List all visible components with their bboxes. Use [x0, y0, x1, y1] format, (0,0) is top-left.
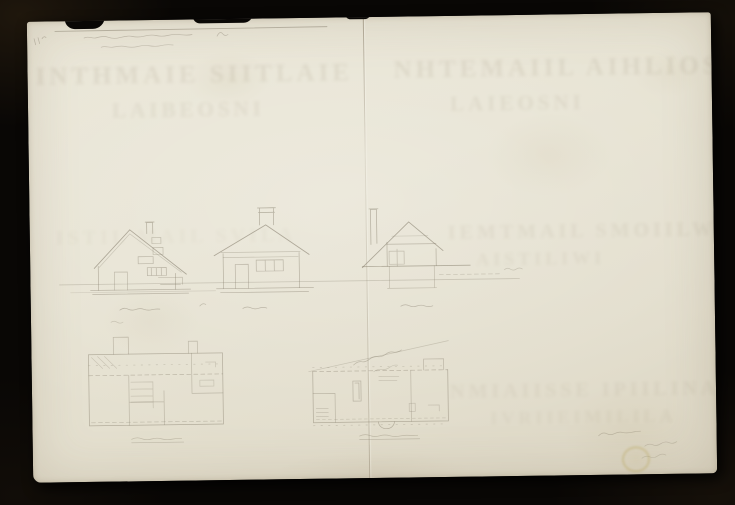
elev2-base — [217, 287, 314, 292]
paper-edge-notch — [345, 13, 371, 19]
plan1-label — [132, 437, 184, 443]
plan1-hatch — [91, 356, 116, 368]
plan2-annex — [424, 359, 444, 370]
elev2-eaves — [221, 252, 300, 258]
paper-edge-notch — [193, 14, 253, 24]
plan2-diag-note-1 — [353, 350, 401, 365]
plan1-porch-top-2 — [188, 341, 197, 353]
plan2-ticks-bottom — [313, 424, 448, 426]
elev1-walls — [98, 265, 175, 290]
plan2-room-marks — [409, 403, 439, 411]
plan2-outline — [313, 370, 449, 423]
elev3-floor — [362, 265, 470, 267]
elev3-interior — [389, 249, 404, 266]
ground-line-2 — [71, 291, 216, 293]
label-mid-mark — [200, 304, 206, 306]
plan1-stairs — [131, 382, 153, 408]
plan2-diagonal — [308, 341, 448, 372]
elev1-roof — [94, 229, 187, 275]
elev3-chimney — [369, 209, 378, 245]
elev3-roof — [362, 221, 444, 267]
plan1-wall-bottom — [91, 421, 221, 423]
elev2-walls — [223, 253, 299, 289]
plan1-ticks-top — [89, 364, 223, 366]
plan2-steps — [316, 408, 328, 416]
plan2-wall-inner-bottom — [316, 418, 445, 420]
elev2-chimney — [257, 208, 275, 225]
plan2-wall-top — [313, 370, 448, 372]
label-elev1 — [120, 308, 160, 311]
corner-number — [34, 37, 46, 45]
corner-note-1 — [599, 431, 641, 436]
elev1-window-1 — [138, 257, 153, 264]
elev3-walls — [387, 242, 436, 267]
label-elev1-sub — [111, 321, 123, 323]
plan1-wall-mid — [89, 374, 223, 376]
elev1-roof-inner — [99, 233, 182, 273]
plan2-bay — [378, 422, 394, 429]
elev3-datum-note — [504, 268, 522, 270]
elev1-porch — [114, 271, 182, 290]
elev2-door — [235, 264, 248, 288]
elev3-foundation — [387, 266, 436, 289]
pencil-sketch-svg — [27, 12, 717, 483]
title-line-1 — [84, 34, 192, 39]
plan1-porch-top — [113, 337, 128, 354]
elev1-chimney — [145, 222, 154, 234]
label-elev2 — [243, 307, 267, 309]
elev2-window — [256, 260, 283, 271]
plan2-beams — [379, 376, 399, 380]
plan2-partition — [313, 370, 412, 422]
corner-note-2 — [645, 442, 677, 446]
elev3-ceiling — [387, 244, 436, 245]
plan1-outline — [88, 353, 223, 426]
elev1-window-2 — [147, 267, 166, 275]
plan2-label — [360, 434, 420, 440]
elev2-roof — [214, 224, 309, 255]
title-line-2 — [101, 45, 173, 48]
ground-line — [59, 279, 519, 285]
elev3-datum-right — [439, 274, 500, 275]
drawing-sheet: INTHMAIE SIITLAIELAIBEOSNINHTEMAIIL AIHL… — [27, 12, 717, 483]
label-elev3 — [401, 304, 433, 307]
title-line-1b — [217, 32, 228, 36]
plan2-chimney-block — [353, 381, 361, 401]
elev3-tie-beam — [392, 236, 428, 237]
photo-backdrop: INTHMAIE SIITLAIELAIBEOSNINHTEMAIIL AIHL… — [0, 0, 735, 505]
paper-edge-notch — [65, 15, 105, 30]
